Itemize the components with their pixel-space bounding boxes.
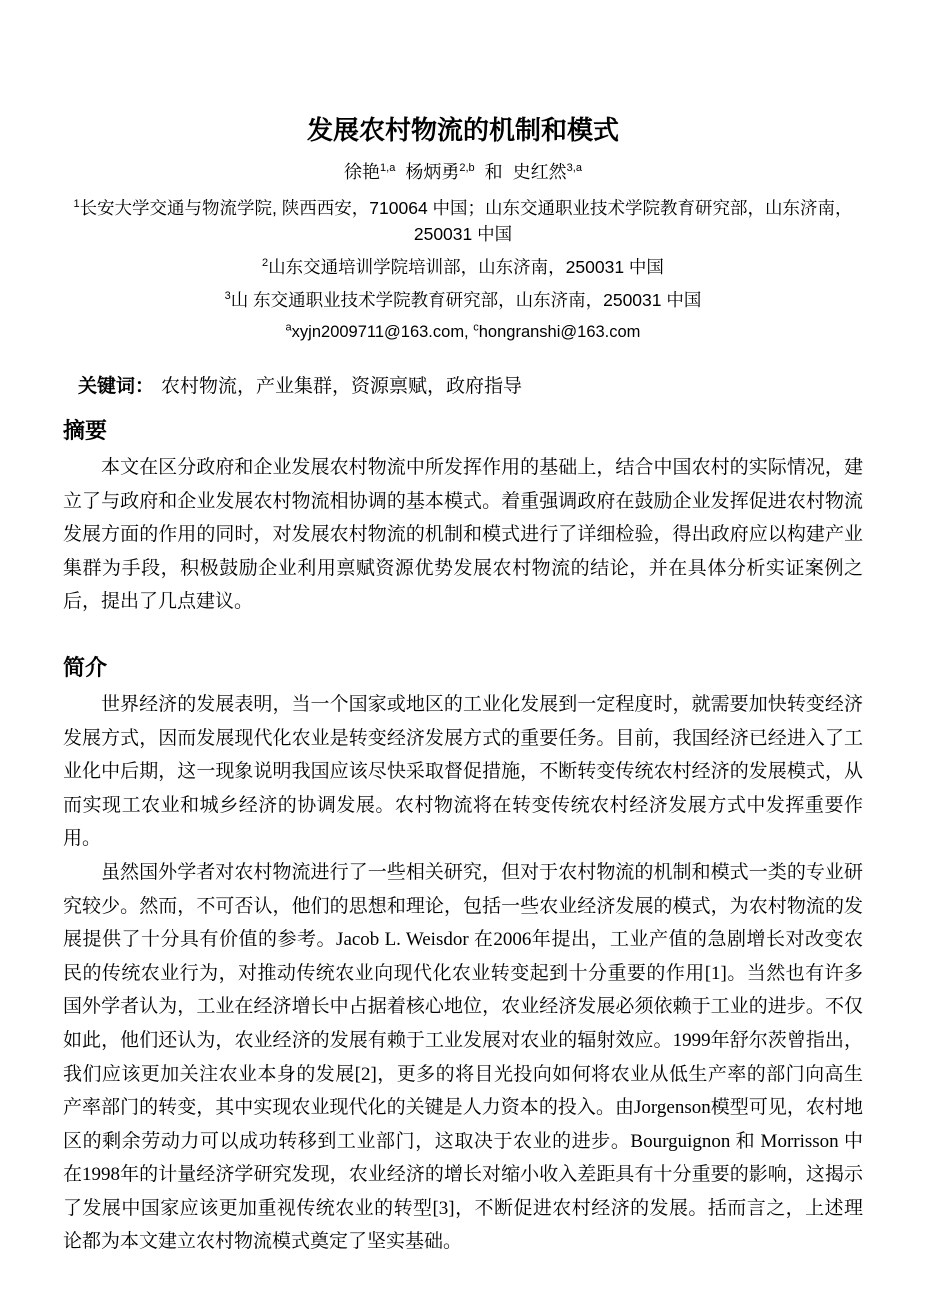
- introduction-paragraph-2: 虽然国外学者对农村物流进行了一些相关研究，但对于农村物流的机制和模式一类的专业研…: [63, 856, 863, 1259]
- introduction-paragraph-1: 世界经济的发展表明，当一个国家或地区的工业化发展到一定程度时，就需要加快转变经济…: [63, 688, 863, 856]
- author-2-affil-marker: 2,b: [459, 162, 474, 174]
- abstract-paragraph: 本文在区分政府和企业发展农村物流中所发挥作用的基础上，结合中国农村的实际情况，建…: [63, 451, 863, 619]
- affiliation-3-text: 山 东交通职业技术学院教育研究部，山东济南，250031 中国: [231, 290, 702, 310]
- author-2: 杨炳勇2,b: [405, 162, 474, 182]
- introduction-heading: 简介: [63, 654, 863, 682]
- affiliation-1-text: 长安大学交通与物流学院, 陕西西安，710064 中国；山东交通职业技术学院教育…: [80, 198, 853, 244]
- author-3: 史红然3,a: [513, 162, 582, 182]
- keywords-label: 关键词：: [78, 376, 154, 397]
- keywords-text: 农村物流，产业集群，资源禀赋，政府指导: [161, 376, 522, 397]
- keywords-line: 关键词：农村物流，产业集群，资源禀赋，政府指导: [63, 373, 863, 400]
- author-3-affil-marker: 3,a: [567, 162, 582, 174]
- affiliation-1: 1长安大学交通与物流学院, 陕西西安，710064 中国；山东交通职业技术学院教…: [63, 195, 863, 247]
- affiliation-2: 2山东交通培训学院培训部，山东济南，250031 中国: [63, 254, 863, 280]
- authors-line: 徐艳1,a杨炳勇2,b和史红然3,a: [63, 160, 863, 185]
- email-2: hongranshi@163.com: [479, 323, 641, 341]
- author-3-name: 史红然: [513, 162, 567, 182]
- author-1-affil-marker: 1,a: [380, 162, 395, 174]
- authors-connector: 和: [485, 162, 503, 182]
- affiliation-3: 3山 东交通职业技术学院教育研究部，山东济南，250031 中国: [63, 287, 863, 313]
- author-1: 徐艳1,a: [344, 162, 395, 182]
- email-1: xyjn2009711@163.com,: [292, 323, 469, 341]
- author-1-name: 徐艳: [344, 162, 380, 182]
- paper-title: 发展农村物流的机制和模式: [63, 113, 863, 147]
- author-2-name: 杨炳勇: [405, 162, 459, 182]
- abstract-heading: 摘要: [63, 417, 863, 445]
- paper-page: 发展农村物流的机制和模式 徐艳1,a杨炳勇2,b和史红然3,a 1长安大学交通与…: [63, 0, 863, 1259]
- emails-line: axyjn2009711@163.com, chongranshi@163.co…: [63, 320, 863, 344]
- affiliation-2-text: 山东交通培训学院培训部，山东济南，250031 中国: [268, 257, 664, 277]
